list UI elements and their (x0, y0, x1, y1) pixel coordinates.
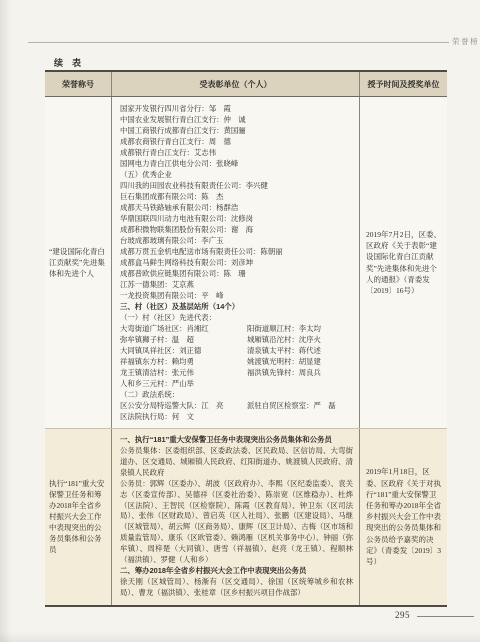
scan-left-edge-shadow (0, 0, 12, 642)
pair-right-entry: 城厢镇沿沱村：沈序火 (247, 334, 353, 345)
unit-line: 人和乡三元村：严山举 (120, 378, 353, 389)
award-cell: 2019年1月18日，区委、区政府《关于对执行“181”重大安保警卫任务和筹办2… (360, 429, 447, 605)
pair-line: 大同镇凤祥社区：刘正德清泉镇太平村：蒋代述 (120, 345, 353, 356)
commended-units-cell: 国家开发银行四川省分行：邹 霞中国农业发展银行青白江支行：仲 诚中国工商银行成都… (112, 97, 360, 428)
pair-line: 龙王镇清洁村：张元伟福洪镇先锋村：周良兵 (120, 367, 353, 378)
pair-line: 祥福镇东方村：赖均勇姚渡镇光明村：胡显建 (120, 356, 353, 367)
unit-line: 成都天马铁路轴承有限公司：杨群浩 (120, 202, 353, 213)
unit-line: 国网电力青白江供电分公司：张晓峰 (120, 158, 353, 169)
pair-line: 区公安分局特巡警大队：江 亮派驻自贸区检察室：严 磊 (120, 400, 353, 411)
commended-units-cell: 一、执行“181”重大安保警卫任务中表现突出公务员集体和公务员公务员集体：区委组… (112, 429, 360, 605)
pair-right-entry: 姚渡镇光明村：胡显建 (247, 356, 353, 367)
unit-line: （五）优秀企业 (120, 169, 353, 180)
column-header-commended-units: 受表彰单位（个人） (112, 72, 360, 96)
unit-line: 成都万贯五金机电配送市场有限责任公司：陈朝丽 (120, 246, 353, 257)
pair-left-entry: 弥牟镇狮子村：温 超 (120, 334, 247, 345)
unit-line: 公务员集体：区委组织部、区委政法委、区民政局、区信访局、大弯街道办、区交通局、城… (120, 446, 353, 479)
section-heading: 二、筹办2018年全省乡村振兴大会工作中表现突出公务员 (120, 566, 353, 577)
column-header-award-time-unit: 授予时间及授奖单位 (360, 72, 447, 96)
unit-line: 中国工商银行成都青白江支行：黄国骊 (120, 125, 353, 136)
continued-table-label: 续 表 (54, 56, 81, 69)
unit-line: 江苏一德集团：艾京燕 (120, 279, 353, 290)
unit-line: 华鼎国联四川动力电池有限公司：沈修岗 (120, 213, 353, 224)
honor-title-cell: “建设国际化青白江贡献奖”先进集体和先进个人 (45, 97, 112, 428)
award-time-and-unit: 2019年7月2日，区委、区政府《关于表彰“建设国际化青白江贡献奖”先进集体和先… (366, 229, 443, 296)
unit-line: 成都盒马鲜生网络科技有限公司：刘彦坤 (120, 257, 353, 268)
pair-right-entry: 清泉镇太平村：蒋代述 (247, 345, 353, 356)
pair-right-entry: 阳街道顺江村：李太均 (247, 323, 353, 334)
running-header-rule (28, 42, 449, 43)
pair-right-entry: 福洪镇先锋村：周良兵 (247, 367, 353, 378)
column-header-honor-title: 荣誉称号 (45, 72, 112, 96)
running-header: 荣誉榜 (452, 36, 479, 47)
pair-line: 弥牟镇狮子村：温 超城厢镇沿沱村：沈序火 (120, 334, 353, 345)
table-row: “建设国际化青白江贡献奖”先进集体和先进个人国家开发银行四川省分行：邹 霞中国农… (45, 97, 447, 428)
pair-line: 大弯街道广场社区：肖湘红阳街道顺江村：李太均 (120, 323, 353, 334)
award-time-and-unit: 2019年1月18日，区委、区政府《关于对执行“181”重大安保警卫任务和筹办2… (366, 466, 443, 567)
section-heading: 三、村（社区）及基层站所（14个） (120, 301, 353, 312)
page-number-rule (417, 616, 474, 617)
unit-line: 成都积微物联集团股份有限公司：谢 海 (120, 224, 353, 235)
unit-line: 巨石集团成都有限公司：陈 杰 (120, 191, 353, 202)
unit-line: 中国农业发展银行青白江支行：仲 诚 (120, 114, 353, 125)
table-row: 执行“181”重大安保警卫任务和筹办2018年全省乡村振兴大会工作中表现突出的公… (45, 428, 447, 605)
unit-line: （二）政法系统： (120, 389, 353, 400)
honor-title: 执行“181”重大安保警卫任务和筹办2018年全省乡村振兴大会工作中表现突出的公… (49, 478, 108, 555)
honor-title-cell: 执行“181”重大安保警卫任务和筹办2018年全省乡村振兴大会工作中表现突出的公… (45, 429, 112, 605)
pair-left-entry: 大弯街道广场社区：肖湘红 (120, 323, 247, 334)
unit-line: 四川我的田园农业科技有限责任公司：李兴健 (120, 180, 353, 191)
table-body: “建设国际化青白江贡献奖”先进集体和先进个人国家开发银行四川省分行：邹 霞中国农… (45, 97, 447, 605)
section-heading: 一、执行“181”重大安保警卫任务中表现突出公务员集体和公务员 (120, 435, 353, 446)
pair-left-entry: 祥福镇东方村：赖均勇 (120, 356, 247, 367)
pair-left-entry: 大同镇凤祥社区：刘正德 (120, 345, 247, 356)
unit-line: （一）村（社区）先进代表： (120, 312, 353, 323)
unit-line: 成都银行青白江支行：艾志伟 (120, 147, 353, 158)
honor-roll-table: 荣誉称号 受表彰单位（个人） 授予时间及授奖单位 “建设国际化青白江贡献奖”先进… (45, 70, 447, 607)
table-header-row: 荣誉称号 受表彰单位（个人） 授予时间及授奖单位 (45, 72, 447, 97)
page-number: 295 (395, 610, 410, 620)
pair-right-entry: 派驻自贸区检察室：严 磊 (247, 400, 353, 411)
pair-left-entry: 龙王镇清洁村：张元伟 (120, 367, 247, 378)
unit-line: 成都普欧供应链集团有限公司：陈 珊 (120, 268, 353, 279)
unit-line: 公务员：郭辉（区委办）、胡波（区政府办）、李熙（区纪委监委）、袁关志（区委宣传部… (120, 479, 353, 566)
pair-left-entry: 区公安分局特巡警大队：江 亮 (120, 400, 247, 411)
unit-line: 区法院执行局：何 文 (120, 411, 353, 422)
award-cell: 2019年7月2日，区委、区政府《关于表彰“建设国际化青白江贡献奖”先进集体和先… (360, 97, 447, 428)
unit-line: 徐天刚（区城管局）、杨渐有（区交通局）、徐国（区统筹城乡和农林局）、曹龙（福洪镇… (120, 577, 353, 599)
unit-line: 国家开发银行四川省分行：邹 霞 (120, 103, 353, 114)
scan-bottom-edge-shadow (0, 632, 480, 642)
unit-line: 台玻成都玻璃有限公司：李广玉 (120, 235, 353, 246)
unit-line: 成都农商银行青白江支行：周 德 (120, 136, 353, 147)
unit-line: 一龙投资集团有限公司：平 峰 (120, 290, 353, 301)
honor-title: “建设国际化青白江贡献奖”先进集体和先进个人 (49, 246, 108, 279)
